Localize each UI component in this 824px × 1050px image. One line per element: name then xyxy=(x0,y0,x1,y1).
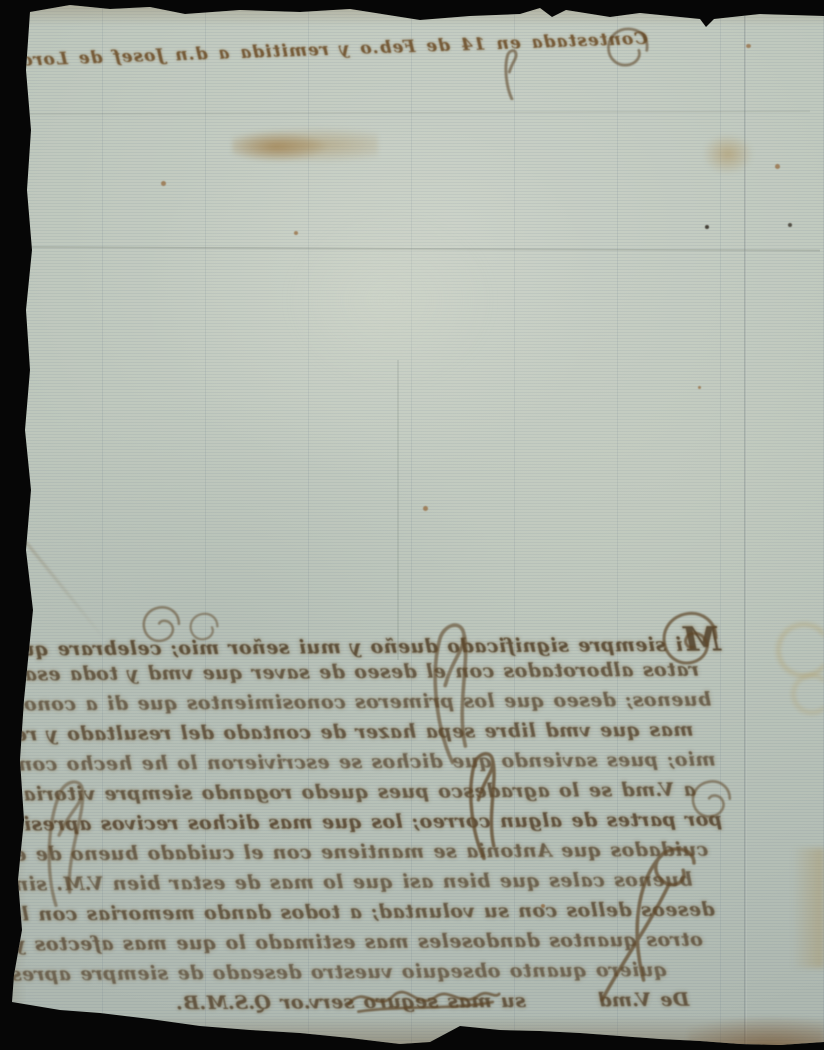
diagonal-crease xyxy=(12,525,109,643)
vertical-wrinkle xyxy=(397,360,399,660)
rust-spot xyxy=(698,386,701,389)
paper-edge-shadow-top xyxy=(0,0,824,26)
edge-stain-right xyxy=(792,848,824,968)
manuscript-closing-line: De V.mdsu mas seguro serv.or Q.S.M.B. xyxy=(9,985,723,1020)
ink-smudge-stain xyxy=(232,127,378,163)
manuscript-line: Mi siempre significado dueño y mui señor… xyxy=(7,625,721,660)
manuscript-line: otros quantos dandoseles mas estimado lo… xyxy=(9,925,723,960)
horizontal-crease-faint xyxy=(30,111,810,116)
manuscript-line: deseos dellos con su voluntad; a todos d… xyxy=(9,895,723,930)
foxing-stain-top-right xyxy=(698,130,758,178)
paper-edge-shadow-left xyxy=(0,0,26,1050)
horizontal-fold-crease xyxy=(20,246,820,252)
manuscript-line: buenos; deseo que los primeros conosimie… xyxy=(7,685,721,720)
manuscript-text-block: Mi siempre significado dueño y mui señor… xyxy=(7,625,724,1020)
ring-stain xyxy=(752,608,824,726)
manuscript-line: por partes de algun correo; los que mas … xyxy=(8,805,722,840)
manuscript-line: quiero quanto obsequio vuestro deseado d… xyxy=(9,955,723,990)
vertical-fold-crease xyxy=(744,0,747,1050)
manuscript-line: mas que vmd libre sepa hazer de contado … xyxy=(7,715,721,750)
manuscript-paper-sheet: Contestada en 14 de Feb.o y remitida a d… xyxy=(0,0,824,1050)
closing-formula: su mas seguro serv.or Q.S.M.B. xyxy=(176,990,526,1014)
closing-salutation: De V.md xyxy=(598,989,690,1012)
manuscript-line: a V.md se lo agradesco pues quedo rogand… xyxy=(8,775,722,810)
rust-spot xyxy=(746,44,751,48)
manuscript-line: cuidados que Antonia se mantiene con el … xyxy=(8,835,722,870)
ink-speck xyxy=(788,223,792,227)
paper-edge-burn-bottom-right xyxy=(688,1004,824,1048)
manuscript-line: mio; pues saviendo que dichos se escrivi… xyxy=(7,745,721,780)
manuscript-line: ratos alborotados con el deseo de saver … xyxy=(7,655,721,690)
rust-spot xyxy=(775,164,780,169)
manuscript-line: buenos cales que bien asi que lo mas de … xyxy=(8,865,722,900)
rust-spot xyxy=(423,506,428,511)
rust-spot xyxy=(161,181,166,186)
archival-annotation-showthrough: Contestada en 14 de Feb.o y remitida a d… xyxy=(179,19,648,81)
damp-halo-stain xyxy=(250,180,530,420)
scanner-bed-background: { "scan": { "background_color": "#060606… xyxy=(0,0,824,1050)
rust-spot xyxy=(294,231,298,235)
ink-speck xyxy=(705,225,709,229)
